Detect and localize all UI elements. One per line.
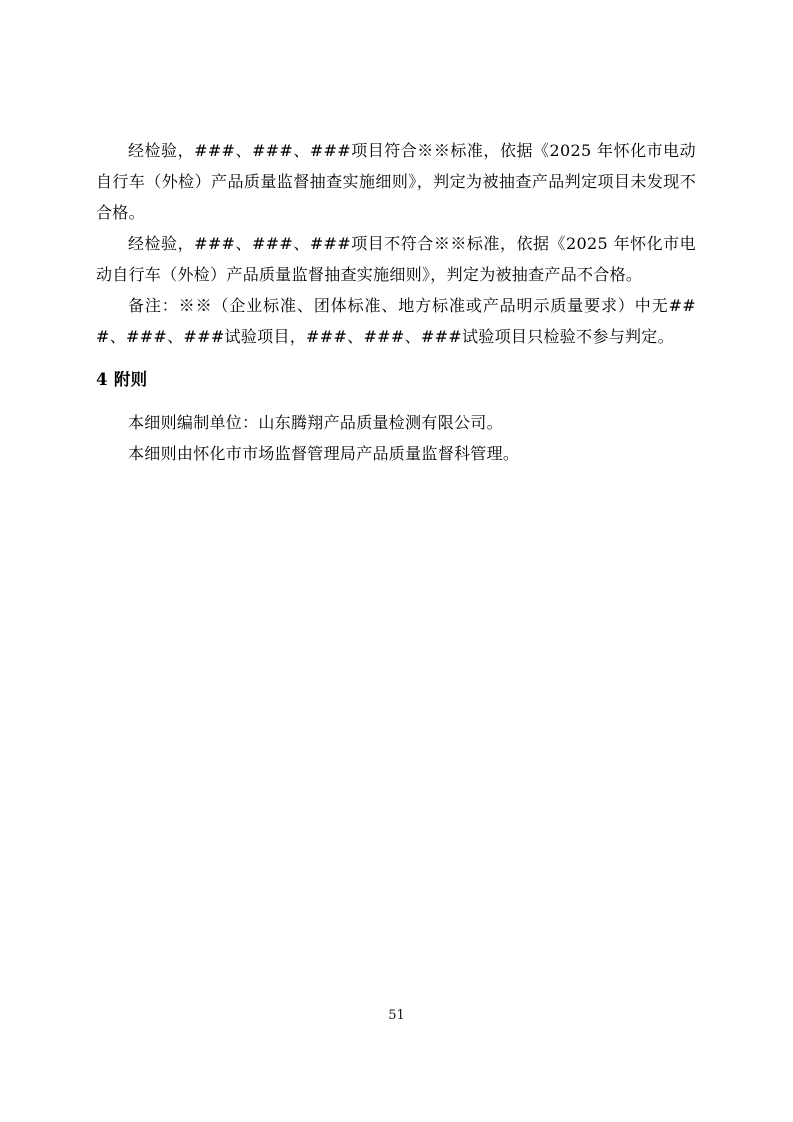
page-number: 51 [0,1008,793,1024]
paragraph-remark: 备注：※※（企业标准、团体标准、地方标准或产品明示质量要求）中无###、###、… [96,290,696,352]
paragraph-managing-unit: 本细则由怀化市市场监督管理局产品质量监督科管理。 [96,438,696,469]
paragraph-compiling-unit: 本细则编制单位：山东腾翔产品质量检测有限公司。 [96,407,696,438]
paragraph-pass-judgment: 经检验，###、###、###项目符合※※标准，依据《2025 年怀化市电动自行… [96,135,696,228]
section-heading-supplementary-provisions: 4 附则 [96,364,696,395]
document-content: 经检验，###、###、###项目符合※※标准，依据《2025 年怀化市电动自行… [96,135,696,469]
paragraph-fail-judgment: 经检验，###、###、###项目不符合※※标准，依据《2025 年怀化市电动自… [96,228,696,290]
document-page: 经检验，###、###、###项目符合※※标准，依据《2025 年怀化市电动自行… [0,0,793,1122]
